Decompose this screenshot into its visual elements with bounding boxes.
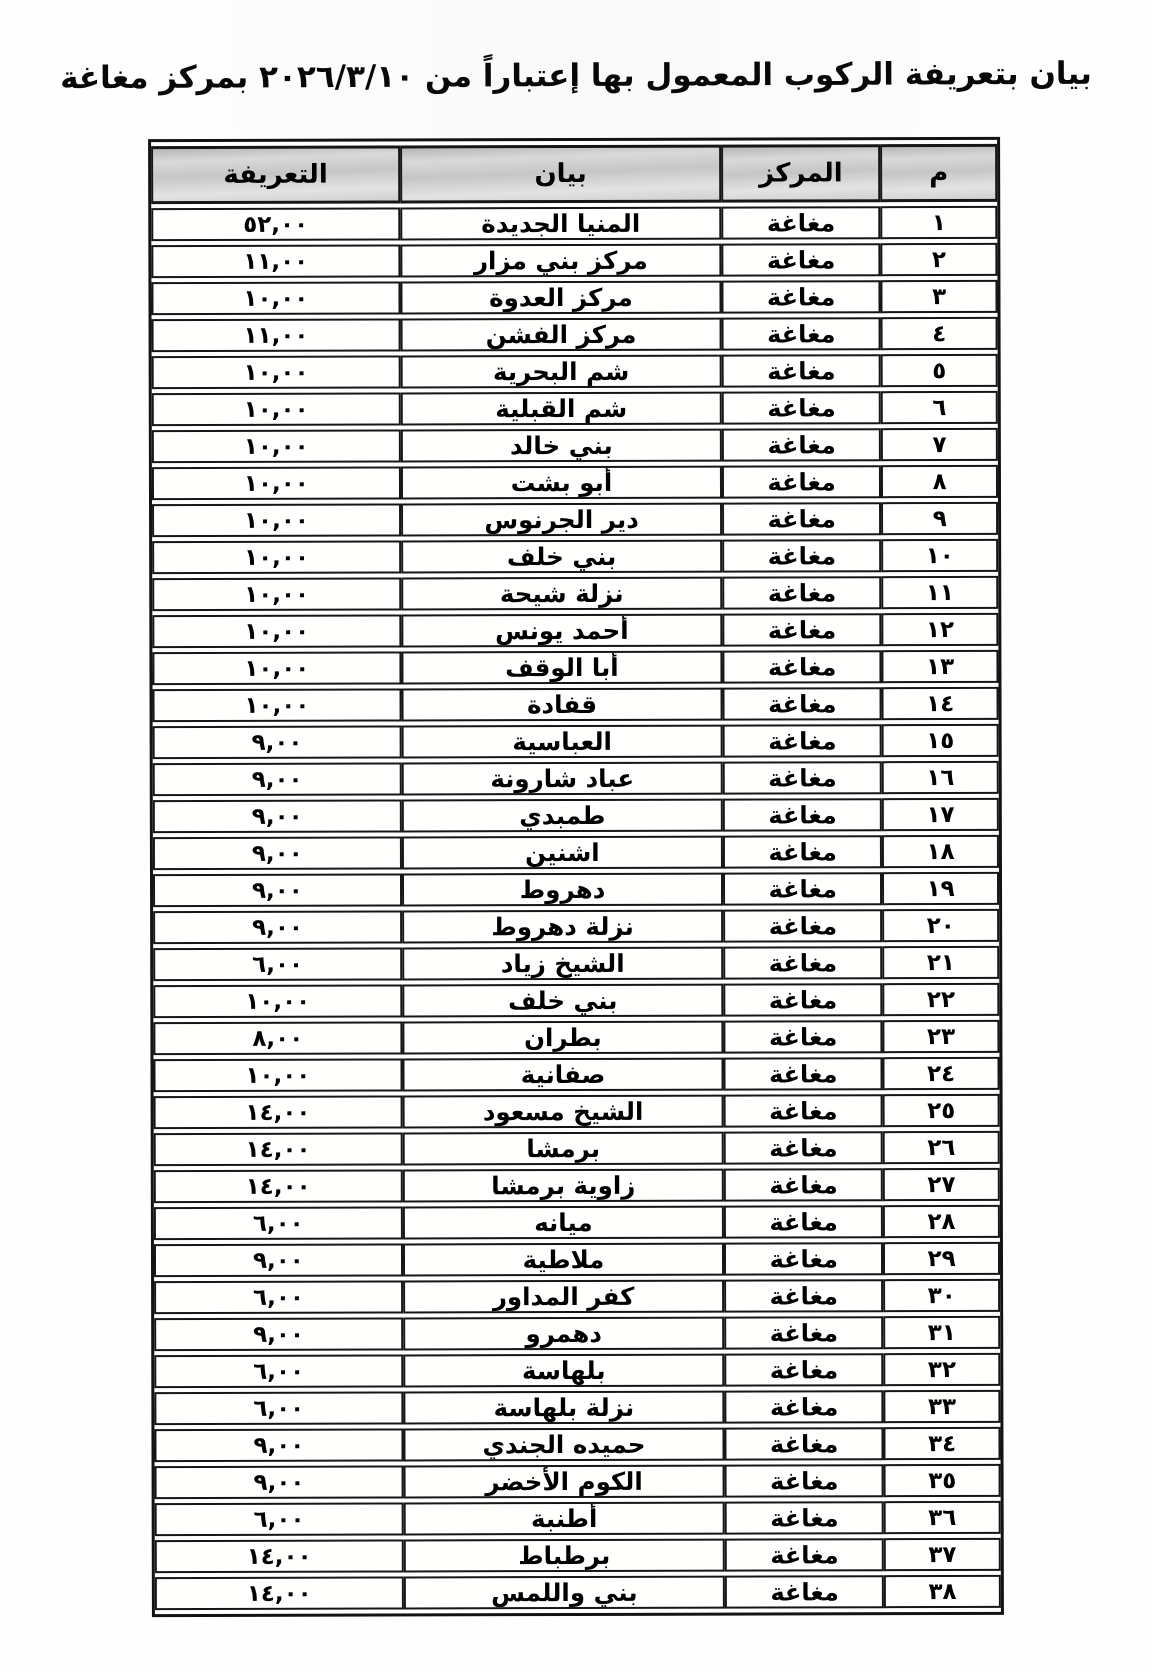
table-row: ٣٣مغاغةنزلة بلهاسة٦,٠٠ xyxy=(154,1390,1000,1425)
cell-index: ١٥ xyxy=(882,724,999,757)
cell-tariff: ٩,٠٠ xyxy=(153,910,402,944)
table-row: ٣١مغاغةدهمرو٩,٠٠ xyxy=(154,1316,1000,1351)
cell-center: مغاغة xyxy=(723,650,882,683)
cell-tariff: ١٠,٠٠ xyxy=(152,355,401,389)
cell-statement: شم البحرية xyxy=(400,355,722,389)
cell-statement: كفر المداور xyxy=(403,1280,725,1314)
table-row: ٢٧مغاغةزاوية برمشا١٤,٠٠ xyxy=(154,1168,1000,1203)
table-row: ٨مغاغةأبو بشت١٠,٠٠ xyxy=(152,465,998,500)
cell-index: ١٨ xyxy=(882,835,999,868)
cell-tariff: ١٠,٠٠ xyxy=(152,503,401,537)
cell-statement: أبو بشت xyxy=(401,466,723,500)
cell-tariff: ٩,٠٠ xyxy=(154,1428,403,1462)
cell-center: مغاغة xyxy=(724,1242,883,1275)
column-header-tariff: التعريفة xyxy=(151,145,400,204)
cell-statement: مركز الفشن xyxy=(400,318,722,352)
cell-center: مغاغة xyxy=(724,1057,883,1090)
cell-statement: حميده الجندي xyxy=(403,1428,725,1462)
cell-index: ٢٧ xyxy=(883,1168,1000,1201)
table-row: ١٥مغاغةالعباسية٩,٠٠ xyxy=(153,724,999,759)
table-row: ٣٦مغاغةأطنبة٦,٠٠ xyxy=(155,1501,1001,1536)
cell-tariff: ١٤,٠٠ xyxy=(154,1169,403,1203)
cell-statement: أطنبة xyxy=(403,1502,725,1536)
cell-center: مغاغة xyxy=(725,1501,884,1534)
cell-center: مغاغة xyxy=(725,1538,884,1571)
cell-center: مغاغة xyxy=(724,1205,883,1238)
cell-index: ١٣ xyxy=(882,650,999,683)
cell-tariff: ٦,٠٠ xyxy=(154,1206,403,1240)
cell-tariff: ١٤,٠٠ xyxy=(155,1539,404,1573)
cell-statement: الكوم الأخضر xyxy=(403,1465,725,1499)
cell-tariff: ٩,٠٠ xyxy=(155,1465,404,1499)
cell-statement: بني خلف xyxy=(401,540,723,574)
cell-index: ١٠ xyxy=(881,539,998,572)
cell-index: ١٧ xyxy=(882,798,999,831)
cell-index: ١٦ xyxy=(882,761,999,794)
table-row: ٣٧مغاغةبرطباط١٤,٠٠ xyxy=(155,1538,1001,1573)
cell-tariff: ٩,٠٠ xyxy=(153,873,402,907)
cell-tariff: ١٠,٠٠ xyxy=(153,688,402,722)
cell-tariff: ١٠,٠٠ xyxy=(151,281,400,315)
cell-index: ٣٥ xyxy=(884,1464,1001,1497)
cell-tariff: ١١,٠٠ xyxy=(152,318,401,352)
cell-index: ٣٧ xyxy=(884,1538,1001,1571)
cell-center: مغاغة xyxy=(722,539,881,572)
cell-center: مغاغة xyxy=(722,502,881,535)
cell-center: مغاغة xyxy=(722,576,881,609)
cell-index: ٣٢ xyxy=(884,1353,1001,1386)
table-row: ٦مغاغةشم القبلية١٠,٠٠ xyxy=(152,391,998,426)
cell-tariff: ١٤,٠٠ xyxy=(154,1132,403,1166)
cell-tariff: ١٤,٠٠ xyxy=(155,1576,404,1610)
cell-statement: بطران xyxy=(402,1021,724,1055)
cell-statement: الشيخ زياد xyxy=(402,947,724,981)
cell-tariff: ١٠,٠٠ xyxy=(152,466,401,500)
cell-center: مغاغة xyxy=(725,1464,884,1497)
cell-statement: عباد شارونة xyxy=(401,762,723,796)
table-row: ١١مغاغةنزلة شيحة١٠,٠٠ xyxy=(152,576,998,611)
cell-tariff: ٩,٠٠ xyxy=(153,725,402,759)
table-header: م المركز بيان التعريفة xyxy=(151,144,997,204)
table-row: ١٨مغاغةاشنين٩,٠٠ xyxy=(153,835,999,870)
cell-statement: أحمد يونس xyxy=(401,614,723,648)
cell-center: مغاغة xyxy=(721,206,880,239)
cell-statement: الشيخ مسعود xyxy=(402,1095,724,1129)
table-row: ٢٦مغاغةبرمشا١٤,٠٠ xyxy=(154,1131,1000,1166)
table-row: ٢٩مغاغةملاطية٩,٠٠ xyxy=(154,1242,1000,1277)
cell-statement: المنيا الجديدة xyxy=(400,207,722,241)
document-title: بيان بتعريفة الركوب المعمول بها إعتباراً… xyxy=(0,55,1152,96)
cell-statement: طمبدي xyxy=(402,799,724,833)
cell-index: ٣٨ xyxy=(884,1575,1001,1608)
cell-statement: نزلة بلهاسة xyxy=(403,1391,725,1425)
table-row: ٣٢مغاغةبلهاسة٦,٠٠ xyxy=(154,1353,1000,1388)
cell-tariff: ١٠,٠٠ xyxy=(152,540,401,574)
cell-statement: بلهاسة xyxy=(403,1354,725,1388)
table-row: ١٧مغاغةطمبدي٩,٠٠ xyxy=(153,798,999,833)
cell-center: مغاغة xyxy=(724,1094,883,1127)
cell-index: ١٤ xyxy=(882,687,999,720)
table-row: ٣مغاغةمركز العدوة١٠,٠٠ xyxy=(151,280,997,315)
cell-tariff: ٩,٠٠ xyxy=(153,762,402,796)
cell-tariff: ٦,٠٠ xyxy=(153,947,402,981)
cell-center: مغاغة xyxy=(724,1353,883,1386)
table-row: ٣٤مغاغةحميده الجندي٩,٠٠ xyxy=(154,1427,1000,1462)
table-row: ٧مغاغةبني خالد١٠,٠٠ xyxy=(152,428,998,463)
table-row: ١٦مغاغةعباد شارونة٩,٠٠ xyxy=(153,761,999,796)
cell-index: ٢٣ xyxy=(883,1020,1000,1053)
cell-tariff: ١٠,٠٠ xyxy=(153,1058,402,1092)
cell-tariff: ٦,٠٠ xyxy=(154,1280,403,1314)
cell-statement: زاوية برمشا xyxy=(403,1169,725,1203)
cell-center: مغاغة xyxy=(724,1279,883,1312)
cell-statement: دهروط xyxy=(402,873,724,907)
cell-index: ٣٤ xyxy=(884,1427,1001,1460)
cell-tariff: ١٠,٠٠ xyxy=(152,577,401,611)
cell-index: ١٩ xyxy=(882,872,999,905)
table-row: ٥مغاغةشم البحرية١٠,٠٠ xyxy=(152,354,998,389)
cell-center: مغاغة xyxy=(722,280,881,313)
cell-center: مغاغة xyxy=(725,1575,884,1608)
tariff-table: م المركز بيان التعريفة ١مغاغةالمنيا الجد… xyxy=(148,137,1004,1617)
cell-tariff: ٦,٠٠ xyxy=(155,1502,404,1536)
cell-statement: ملاطية xyxy=(403,1243,725,1277)
cell-index: ٢٠ xyxy=(882,909,999,942)
cell-statement: شم القبلية xyxy=(400,392,722,426)
cell-statement: العباسية xyxy=(401,725,723,759)
table-row: ٢٢مغاغةبني خلف١٠,٠٠ xyxy=(153,983,999,1018)
cell-index: ٢٨ xyxy=(883,1205,1000,1238)
cell-center: مغاغة xyxy=(723,724,882,757)
cell-center: مغاغة xyxy=(724,1168,883,1201)
cell-index: ٢٩ xyxy=(883,1242,1000,1275)
cell-index: ٥ xyxy=(881,354,998,387)
table-row: ٩مغاغةدير الجرنوس١٠,٠٠ xyxy=(152,502,998,537)
cell-index: ٢٢ xyxy=(883,983,1000,1016)
cell-center: مغاغة xyxy=(723,909,882,942)
cell-tariff: ٩,٠٠ xyxy=(154,1317,403,1351)
table-row: ٣٥مغاغةالكوم الأخضر٩,٠٠ xyxy=(155,1464,1001,1499)
cell-tariff: ٦,٠٠ xyxy=(154,1391,403,1425)
table-header-row: م المركز بيان التعريفة xyxy=(151,144,997,204)
cell-statement: دهمرو xyxy=(403,1317,725,1351)
column-header-index: م xyxy=(880,144,997,202)
cell-center: مغاغة xyxy=(724,1020,883,1053)
table-row: ٣٠مغاغةكفر المداور٦,٠٠ xyxy=(154,1279,1000,1314)
cell-statement: بني خالد xyxy=(401,429,723,463)
table-row: ١٤مغاغةقفادة١٠,٠٠ xyxy=(153,687,999,722)
cell-center: مغاغة xyxy=(725,1390,884,1423)
table-row: ٣٨مغاغةبني واللمس١٤,٠٠ xyxy=(155,1575,1001,1610)
cell-index: ١ xyxy=(881,206,998,239)
cell-statement: نزلة دهروط xyxy=(402,910,724,944)
cell-center: مغاغة xyxy=(723,613,882,646)
cell-statement: بني خلف xyxy=(402,984,724,1018)
table-row: ١٩مغاغةدهروط٩,٠٠ xyxy=(153,872,999,907)
cell-statement: صفانية xyxy=(402,1058,724,1092)
cell-tariff: ٩,٠٠ xyxy=(153,799,402,833)
cell-center: مغاغة xyxy=(722,428,881,461)
table-body: ١مغاغةالمنيا الجديدة٥٢,٠٠٢مغاغةمركز بني … xyxy=(151,206,1001,1610)
document-page: بيان بتعريفة الركوب المعمول بها إعتباراً… xyxy=(0,0,1152,1674)
cell-center: مغاغة xyxy=(722,243,881,276)
cell-center: مغاغة xyxy=(723,983,882,1016)
cell-center: مغاغة xyxy=(722,317,881,350)
cell-index: ٣ xyxy=(881,280,998,313)
cell-center: مغاغة xyxy=(722,465,881,498)
cell-center: مغاغة xyxy=(722,354,881,387)
table-row: ٢٨مغاغةميانه٦,٠٠ xyxy=(154,1205,1000,1240)
cell-tariff: ١٠,٠٠ xyxy=(152,651,401,685)
cell-index: ٢٥ xyxy=(883,1094,1000,1127)
cell-tariff: ١٤,٠٠ xyxy=(154,1095,403,1129)
cell-statement: دير الجرنوس xyxy=(401,503,723,537)
cell-tariff: ١٠,٠٠ xyxy=(152,429,401,463)
cell-center: مغاغة xyxy=(725,1427,884,1460)
cell-tariff: ٥٢,٠٠ xyxy=(151,207,400,241)
cell-tariff: ٦,٠٠ xyxy=(154,1354,403,1388)
cell-statement: مركز العدوة xyxy=(400,281,722,315)
cell-tariff: ٩,٠٠ xyxy=(153,836,402,870)
cell-center: مغاغة xyxy=(724,1316,883,1349)
cell-tariff: ١٠,٠٠ xyxy=(152,614,401,648)
cell-statement: بني واللمس xyxy=(404,1576,726,1610)
cell-center: مغاغة xyxy=(723,835,882,868)
cell-index: ١٢ xyxy=(882,613,999,646)
table-row: ٢٠مغاغةنزلة دهروط٩,٠٠ xyxy=(153,909,999,944)
cell-index: ٢ xyxy=(881,243,998,276)
cell-statement: قفادة xyxy=(401,688,723,722)
cell-statement: أبا الوقف xyxy=(401,651,723,685)
cell-index: ٣٦ xyxy=(884,1501,1001,1534)
cell-tariff: ١٠,٠٠ xyxy=(152,392,401,426)
cell-statement: نزلة شيحة xyxy=(401,577,723,611)
cell-tariff: ١١,٠٠ xyxy=(151,244,400,278)
cell-index: ٣٠ xyxy=(883,1279,1000,1312)
cell-index: ٢٤ xyxy=(883,1057,1000,1090)
cell-tariff: ٨,٠٠ xyxy=(153,1021,402,1055)
table-row: ١٣مغاغةأبا الوقف١٠,٠٠ xyxy=(152,650,998,685)
column-header-center: المركز xyxy=(721,144,880,202)
cell-statement: مركز بني مزار xyxy=(400,244,722,278)
cell-index: ٢١ xyxy=(882,946,999,979)
cell-center: مغاغة xyxy=(723,761,882,794)
cell-index: ٣١ xyxy=(883,1316,1000,1349)
cell-statement: ميانه xyxy=(403,1206,725,1240)
table-row: ١مغاغةالمنيا الجديدة٥٢,٠٠ xyxy=(151,206,997,241)
table-row: ٢٤مغاغةصفانية١٠,٠٠ xyxy=(153,1057,999,1092)
cell-index: ١١ xyxy=(881,576,998,609)
cell-index: ٤ xyxy=(881,317,998,350)
cell-statement: اشنين xyxy=(402,836,724,870)
cell-center: مغاغة xyxy=(723,687,882,720)
cell-center: مغاغة xyxy=(724,1131,883,1164)
table-row: ٢مغاغةمركز بني مزار١١,٠٠ xyxy=(151,243,997,278)
cell-index: ٦ xyxy=(881,391,998,424)
cell-center: مغاغة xyxy=(723,872,882,905)
cell-statement: برمشا xyxy=(402,1132,724,1166)
column-header-statement: بيان xyxy=(400,145,722,204)
table-row: ١٠مغاغةبني خلف١٠,٠٠ xyxy=(152,539,998,574)
cell-statement: برطباط xyxy=(403,1539,725,1573)
cell-tariff: ١٠,٠٠ xyxy=(153,984,402,1018)
cell-center: مغاغة xyxy=(723,946,882,979)
table-row: ٢١مغاغةالشيخ زياد٦,٠٠ xyxy=(153,946,999,981)
cell-center: مغاغة xyxy=(723,798,882,831)
cell-tariff: ٩,٠٠ xyxy=(154,1243,403,1277)
cell-index: ٩ xyxy=(881,502,998,535)
table-row: ٤مغاغةمركز الفشن١١,٠٠ xyxy=(152,317,998,352)
cell-index: ٢٦ xyxy=(883,1131,1000,1164)
cell-index: ٧ xyxy=(881,428,998,461)
table-row: ١٢مغاغةأحمد يونس١٠,٠٠ xyxy=(152,613,998,648)
table-row: ٢٥مغاغةالشيخ مسعود١٤,٠٠ xyxy=(154,1094,1000,1129)
cell-index: ٣٣ xyxy=(884,1390,1001,1423)
cell-center: مغاغة xyxy=(722,391,881,424)
table-row: ٢٣مغاغةبطران٨,٠٠ xyxy=(153,1020,999,1055)
cell-index: ٨ xyxy=(881,465,998,498)
